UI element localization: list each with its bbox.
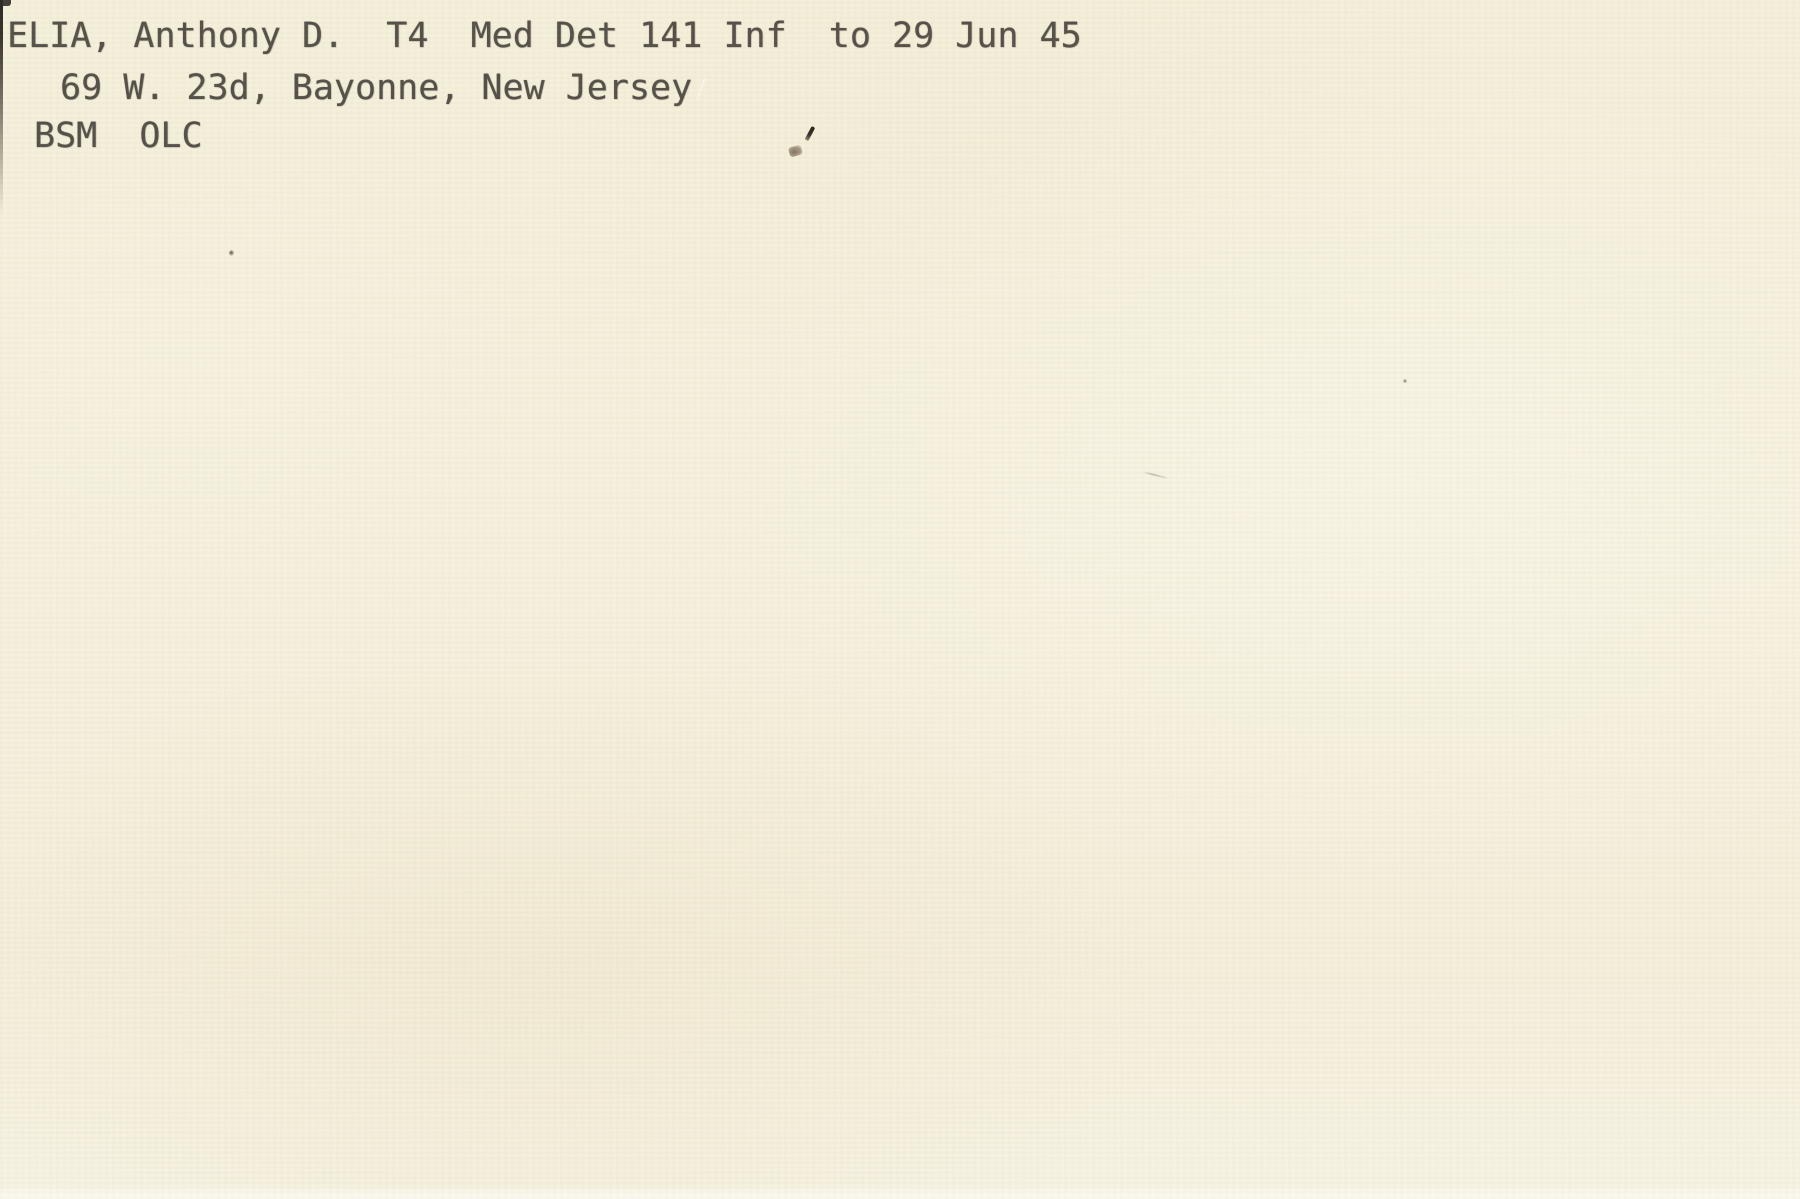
card-line-name-rank-unit-date: ELIA, Anthony D. T4 Med Det 141 Inf to 2… [7, 19, 1082, 54]
scan-bottom-edge [0, 1186, 1800, 1199]
scan-corner-mark [0, 0, 11, 6]
stray-ink-slash-mark [805, 126, 816, 141]
index-card: ELIA, Anthony D. T4 Med Det 141 Inf to 2… [0, 0, 1800, 1199]
paper-crease-mark [696, 78, 705, 99]
card-line-address: 69 W. 23d, Bayonne, New Jersey [60, 71, 692, 106]
hair-scratch-mark [1142, 471, 1168, 479]
brown-smudge-speck [788, 144, 803, 157]
dust-speck [1403, 379, 1407, 383]
dust-speck [229, 250, 234, 256]
card-line-awards: BSM OLC [34, 119, 203, 154]
scan-edge-shadow [0, 0, 3, 215]
